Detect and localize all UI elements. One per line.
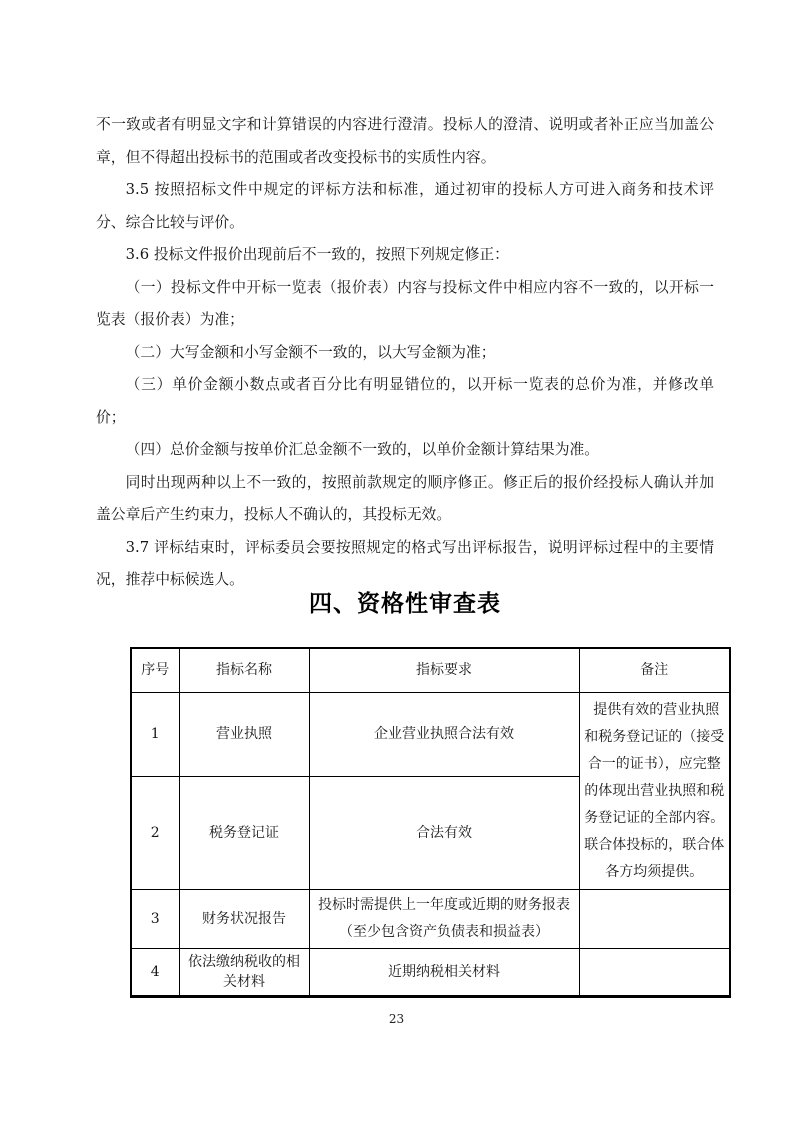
cell-remarks-empty <box>579 949 730 997</box>
table-row: 1 营业执照 企业营业执照合法有效 提供有效的营业执照和税务登记证的（接受合一的… <box>131 693 730 777</box>
paragraph-3-5: 3.5 按照招标文件中规定的评标方法和标准，通过初审的投标人方可进入商务和技术评… <box>96 174 714 239</box>
header-cell-serial: 序号 <box>131 648 179 693</box>
table-row: 3 财务状况报告 投标时需提供上一年度或近期的财务报表（至少包含资产负债表和损益… <box>131 890 730 949</box>
cell-remarks-merged: 提供有效的营业执照和税务登记证的（接受合一的证书），应完整的体现出营业执照和税务… <box>579 693 730 890</box>
header-cell-indicator-requirement: 指标要求 <box>309 648 579 693</box>
document-page: 不一致或者有明显文字和计算错误的内容进行澄清。投标人的澄清、说明或者补正应当加盖… <box>0 0 793 1123</box>
paragraph-order-of-correction: 同时出现两种以上不一致的，按照前款规定的顺序修正。修正后的报价经投标人确认并加盖… <box>96 467 714 532</box>
cell-indicator-requirement: 合法有效 <box>309 777 579 890</box>
table-header-row: 序号 指标名称 指标要求 备注 <box>131 648 730 693</box>
cell-serial: 3 <box>131 890 179 949</box>
cell-indicator-name: 财务状况报告 <box>179 890 309 949</box>
qualification-review-table: 序号 指标名称 指标要求 备注 1 营业执照 企业营业执照合法有效 提供有效的营… <box>130 647 731 999</box>
paragraph-item-1: （一）投标文件中开标一览表（报价表）内容与投标文件中相应内容不一致的，以开标一览… <box>96 272 714 337</box>
header-cell-indicator-name: 指标名称 <box>179 648 309 693</box>
cell-indicator-requirement: 近期纳税相关材料 <box>309 949 579 997</box>
cell-indicator-name: 税务登记证 <box>179 777 309 890</box>
header-cell-remarks: 备注 <box>579 648 730 693</box>
cell-indicator-name: 营业执照 <box>179 693 309 777</box>
table-row: 4 依法缴纳税收的相关材料 近期纳税相关材料 <box>131 949 730 997</box>
page-number: 23 <box>0 1012 793 1026</box>
paragraph-item-3: （三）单价金额小数点或者百分比有明显错位的，以开标一览表的总价为准，并修改单价； <box>96 369 714 434</box>
paragraph-item-2: （二）大写金额和小写金额不一致的，以大写金额为准； <box>96 337 714 370</box>
paragraph-item-4: （四）总价金额与按单价汇总金额不一致的，以单价金额计算结果为准。 <box>96 434 714 467</box>
cell-serial: 1 <box>131 693 179 777</box>
cell-indicator-requirement: 企业营业执照合法有效 <box>309 693 579 777</box>
document-body: 不一致或者有明显文字和计算错误的内容进行澄清。投标人的澄清、说明或者补正应当加盖… <box>0 0 793 998</box>
cell-indicator-name: 依法缴纳税收的相关材料 <box>179 949 309 997</box>
cell-serial: 2 <box>131 777 179 890</box>
paragraph-continuation: 不一致或者有明显文字和计算错误的内容进行澄清。投标人的澄清、说明或者补正应当加盖… <box>96 109 714 174</box>
cell-serial: 4 <box>131 949 179 997</box>
cell-remarks-empty <box>579 890 730 949</box>
paragraph-3-6: 3.6 投标文件报价出现前后不一致的，按照下列规定修正： <box>96 239 714 272</box>
cell-indicator-requirement: 投标时需提供上一年度或近期的财务报表（至少包含资产负债表和损益表） <box>309 890 579 949</box>
